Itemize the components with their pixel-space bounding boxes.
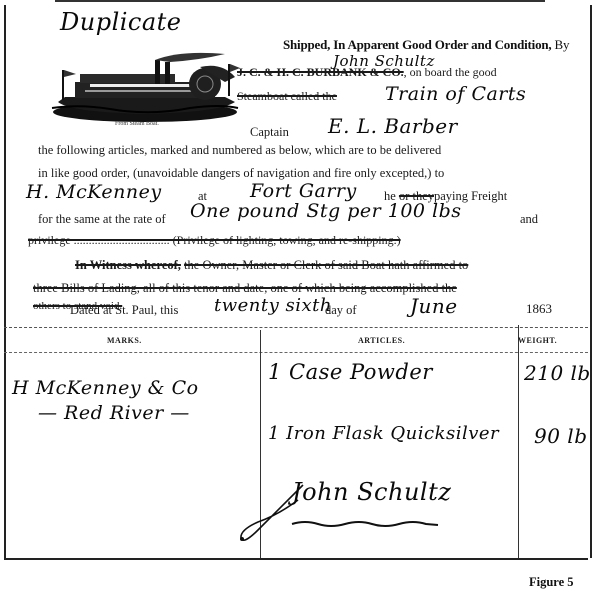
engraving-caption: From Steam Boat.	[115, 121, 159, 127]
body-line-1: the following articles, marked and numbe…	[38, 143, 441, 158]
table-row-2-weight: 90 lb	[534, 424, 588, 448]
freight-rate: One pound Stg per 100 lbs	[190, 200, 462, 222]
duplicate-annotation: Duplicate	[60, 8, 182, 36]
on-board-text: , on board the good	[404, 65, 497, 79]
marks-line-2: — Red River —	[38, 402, 190, 424]
header-articles: ARTICLES.	[358, 336, 405, 345]
table-top-rule	[4, 327, 588, 328]
dated-year: 1863	[526, 301, 552, 317]
body-line-2: in like good order, (unavoidable dangers…	[38, 166, 444, 181]
marks-line-1: H McKenney & Co	[12, 377, 199, 399]
captain-label: Captain	[250, 125, 289, 140]
top-rule	[55, 0, 545, 2]
dated-label: Dated at St. Paul, this	[70, 303, 178, 318]
day-of-label: day of	[325, 303, 357, 318]
steamboat-engraving-icon	[50, 42, 240, 122]
witness-rest: the Owner, Master or Clerk of said Boat …	[184, 258, 468, 272]
consignee-name: H. McKenney	[26, 181, 162, 203]
company-name-struck: J. C. & H. C. BURBANK & CO.	[237, 65, 404, 79]
shipper-signature-bottom: John Schultz	[292, 478, 451, 506]
table-row-2-article: 1 Iron Flask Quicksilver	[268, 423, 499, 444]
shipped-heading: Shipped, In Apparent Good Order and Cond…	[283, 37, 569, 53]
shipped-heading-text: Shipped, In Apparent Good Order and Cond…	[283, 37, 551, 52]
table-row-1-article: 1 Case Powder	[268, 360, 433, 384]
captain-name: E. L. Barber	[328, 114, 458, 138]
witness-line-2: three Bills of Lading, all of this tenor…	[33, 281, 457, 296]
table-row-1-weight: 210 lb	[524, 361, 591, 385]
destination: Fort Garry	[250, 180, 357, 202]
privilege-struck: privilege ..............................…	[28, 233, 401, 248]
dated-day: twenty sixth	[214, 295, 332, 316]
witness-prefix: In Witness whereof,	[75, 258, 181, 272]
signature-underline-icon	[290, 520, 440, 528]
witness-line-1: In Witness whereof, the Owner, Master or…	[75, 258, 468, 273]
header-rule	[4, 352, 588, 353]
and-label: and	[520, 212, 538, 227]
by-label: By	[555, 37, 570, 52]
rate-label: for the same at the rate of	[38, 212, 166, 227]
company-line: J. C. & H. C. BURBANK & CO., on board th…	[237, 65, 497, 80]
column-divider-weight	[518, 325, 519, 558]
header-marks: MARKS.	[107, 336, 142, 345]
steamboat-label: Steamboat called the	[237, 89, 337, 104]
steamboat-name: Train of Carts	[385, 83, 526, 105]
figure-label: Figure 5	[529, 575, 574, 590]
header-weight: WEIGHT.	[518, 336, 557, 345]
dated-month: June	[410, 294, 458, 318]
table-bottom-rule	[4, 558, 588, 560]
